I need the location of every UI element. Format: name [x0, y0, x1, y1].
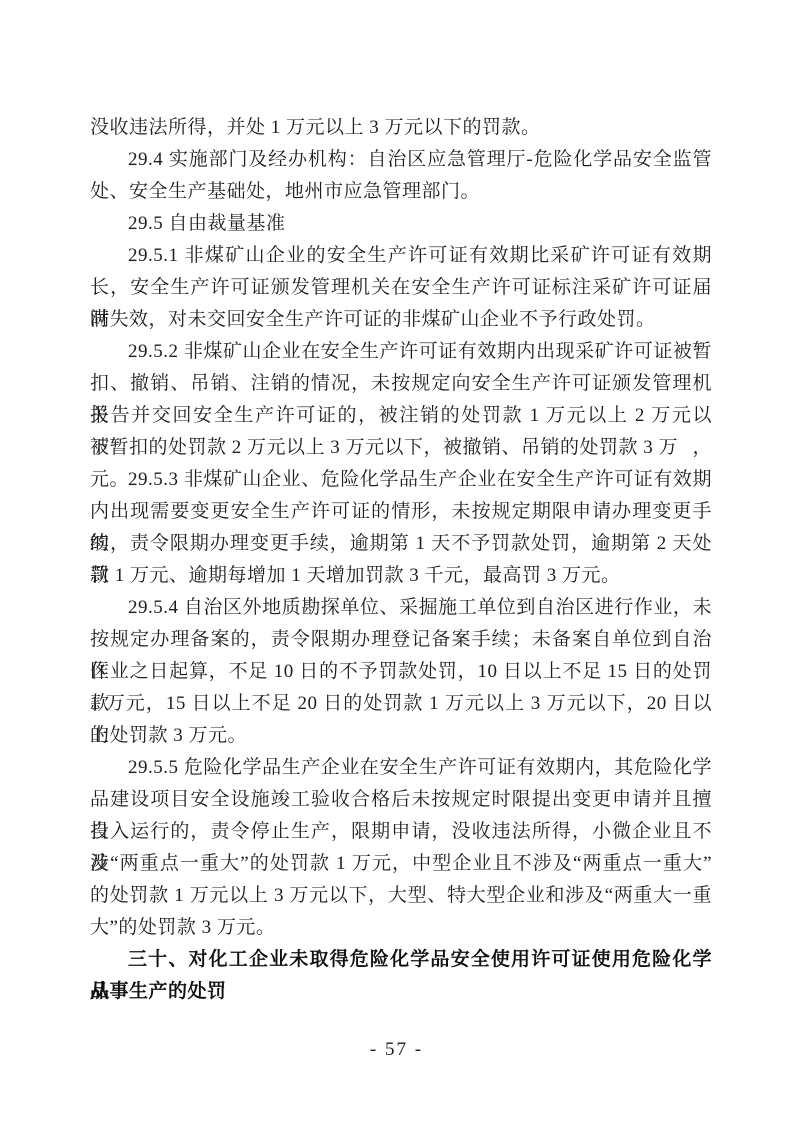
text-line: 作业之日起算，不足 10 日的不予罚款处罚，10 日以上不足 15 日的处罚款 — [90, 656, 712, 688]
text-line: 投入运行的，责令停止生产，限期申请，没收违法所得，小微企业且不涉 — [90, 816, 712, 848]
text-line: 三十、对化工企业未取得危险化学品安全使用许可证使用危险化学品 — [90, 944, 712, 976]
text-line: 的，责令限期办理变更手续，逾期第 1 天不予罚款处罚，逾期第 2 天处罚 — [90, 528, 712, 560]
text-line: 处、安全生产基础处，地州市应急管理部门。 — [90, 176, 712, 208]
text-line: 报告并交回安全生产许可证的，被注销的处罚款 1 万元以上 2 万元以下， — [90, 400, 712, 432]
text-line: 及“两重点一重大”的处罚款 1 万元，中型企业且不涉及“两重点一重大” — [90, 848, 712, 880]
paragraph: 没收违法所得，并处 1 万元以上 3 万元以下的罚款。 — [90, 112, 712, 144]
text-line: 1 万元，15 日以上不足 20 日的处罚款 1 万元以上 3 万元以下，20 … — [90, 688, 712, 720]
text-line: 扣、撤销、吊销、注销的情况，未按规定向安全生产许可证颁发管理机关 — [90, 368, 712, 400]
text-line: 内出现需要变更安全生产许可证的情形，未按规定期限申请办理变更手续 — [90, 496, 712, 528]
paragraph: 29.5.4 自治区外地质勘探单位、采掘施工单位到自治区进行作业，未按规定办理备… — [90, 592, 712, 752]
text-line: 没收违法所得，并处 1 万元以上 3 万元以下的罚款。 — [90, 112, 712, 144]
paragraph: 29.5.1 非煤矿山企业的安全生产许可证有效期比采矿许可证有效期长，安全生产许… — [90, 240, 712, 336]
document-body: 没收违法所得，并处 1 万元以上 3 万元以下的罚款。29.4 实施部门及经办机… — [90, 112, 712, 1008]
text-line: 29.5.4 自治区外地质勘探单位、采掘施工单位到自治区进行作业，未 — [90, 592, 712, 624]
paragraph: 29.5.5 危险化学品生产企业在安全生产许可证有效期内，其危险化学品建设项目安… — [90, 752, 712, 944]
text-line: 29.5.5 危险化学品生产企业在安全生产许可证有效期内，其危险化学 — [90, 752, 712, 784]
text-line: 长，安全生产许可证颁发管理机关在安全生产许可证标注采矿许可证届满 — [90, 272, 712, 304]
text-line: 29.5.1 非煤矿山企业的安全生产许可证有效期比采矿许可证有效期 — [90, 240, 712, 272]
page-number: - 57 - — [370, 1039, 423, 1060]
text-line: 的处罚款 1 万元以上 3 万元以下，大型、特大型企业和涉及“两重大一重 — [90, 880, 712, 912]
text-line: 29.5.3 非煤矿山企业、危险化学品生产企业在安全生产许可证有效期 — [90, 464, 712, 496]
text-line: 从事生产的处罚 — [90, 976, 712, 1008]
page-footer: - 57 - — [0, 1036, 793, 1064]
paragraph: 29.5.2 非煤矿山企业在安全生产许可证有效期内出现采矿许可证被暂扣、撤销、吊… — [90, 336, 712, 464]
text-line: 品建设项目安全设施竣工验收合格后未按规定时限提出变更申请并且擅自 — [90, 784, 712, 816]
paragraph: 29.5.3 非煤矿山企业、危险化学品生产企业在安全生产许可证有效期内出现需要变… — [90, 464, 712, 592]
text-line: 款 1 万元、逾期每增加 1 天增加罚款 3 千元，最高罚 3 万元。 — [90, 560, 712, 592]
text-line: 29.5 自由裁量基准 — [90, 208, 712, 240]
text-line: 的处罚款 3 万元。 — [90, 720, 712, 752]
text-line: 被暂扣的处罚款 2 万元以上 3 万元以下，被撤销、吊销的处罚款 3 万元。 — [90, 432, 712, 464]
text-line: 29.4 实施部门及经办机构：自治区应急管理厅-危险化学品安全监管 — [90, 144, 712, 176]
text-line: 按规定办理备案的，责令限期办理登记备案手续；未备案自单位到自治区 — [90, 624, 712, 656]
paragraph: 29.5 自由裁量基准 — [90, 208, 712, 240]
document-page: 没收违法所得，并处 1 万元以上 3 万元以下的罚款。29.4 实施部门及经办机… — [0, 0, 793, 1122]
text-line: 时失效，对未交回安全生产许可证的非煤矿山企业不予行政处罚。 — [90, 304, 712, 336]
text-line: 29.5.2 非煤矿山企业在安全生产许可证有效期内出现采矿许可证被暂 — [90, 336, 712, 368]
section-heading: 三十、对化工企业未取得危险化学品安全使用许可证使用危险化学品从事生产的处罚 — [90, 944, 712, 1008]
text-line: 大”的处罚款 3 万元。 — [90, 912, 712, 944]
paragraph: 29.4 实施部门及经办机构：自治区应急管理厅-危险化学品安全监管处、安全生产基… — [90, 144, 712, 208]
